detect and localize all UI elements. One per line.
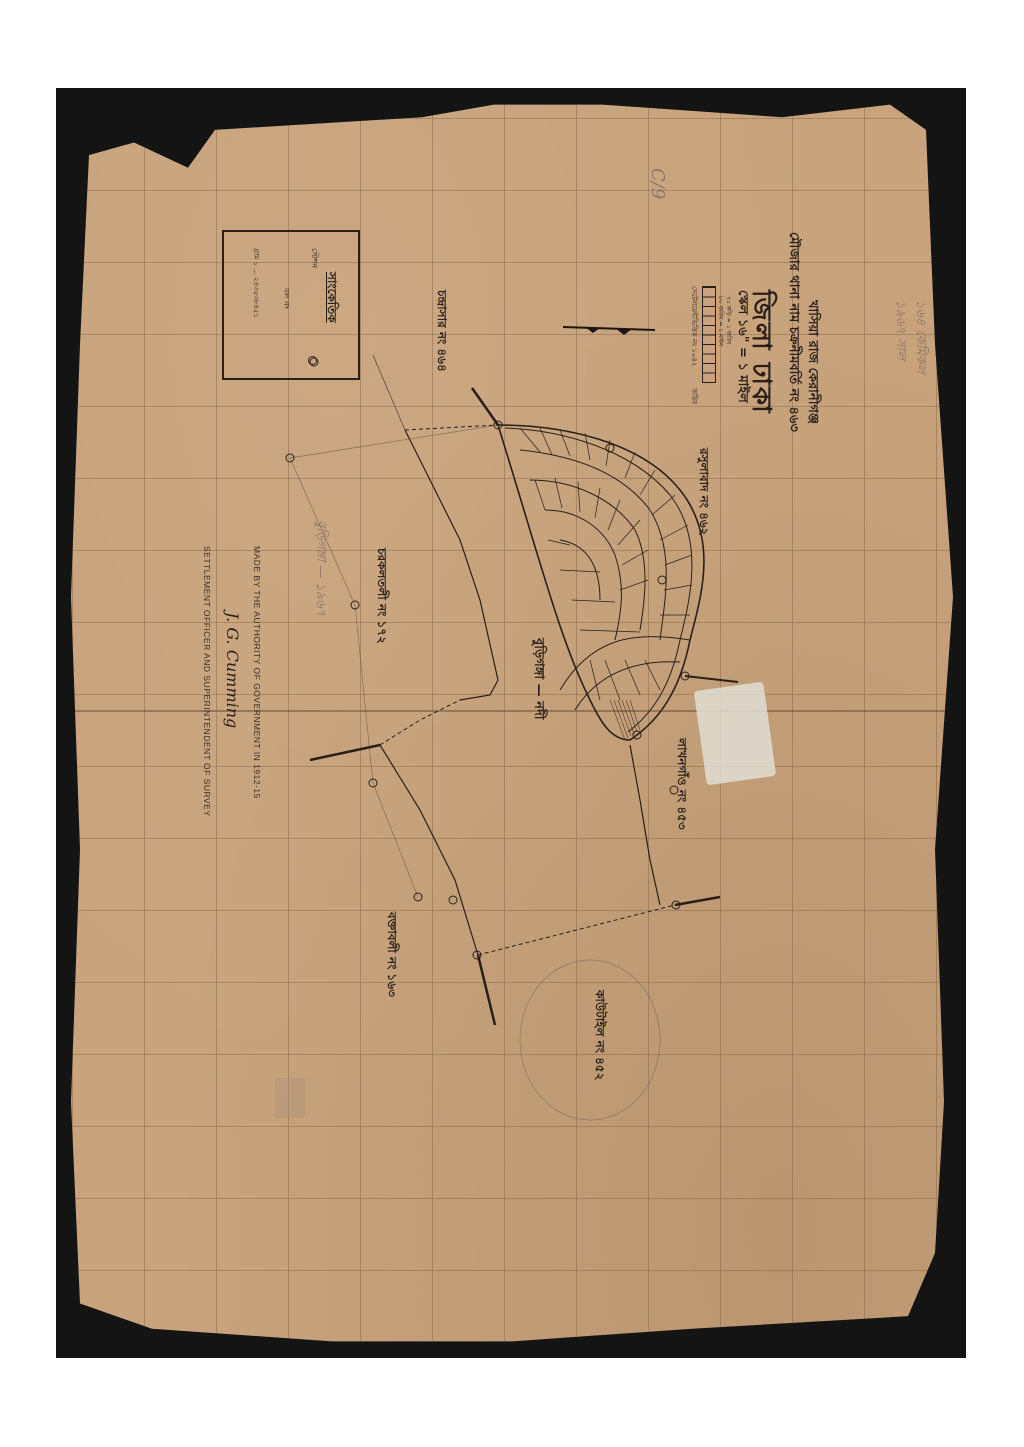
scale-text: স্কেল ১৬" = ১ মাইল xyxy=(731,290,752,403)
pencil-sheet-code: C/9 xyxy=(647,168,668,199)
survey-stations xyxy=(286,358,689,959)
scale-unit: জরিব xyxy=(688,388,700,404)
scale-note: সেটেলমেন্টভিত্তিক নং ১০৪২ xyxy=(688,286,700,366)
legend-title: সাংকেতিক xyxy=(320,272,340,323)
district-line: খাসিয়া রাজ কেরানীগঞ্জ xyxy=(801,300,822,424)
north-arrow-icon xyxy=(563,327,655,335)
officer-signature: J. G. Cumming xyxy=(223,612,242,728)
pencil-note-2: ১৯৬৭ সাল xyxy=(889,300,910,360)
label-buriganga-river: বুড়িগঙ্গা — নদী xyxy=(527,638,548,720)
label-rasulabad: রসুলাবাদ নং ৪৬২ xyxy=(692,448,712,536)
traverse-lines xyxy=(290,425,498,897)
pencil-note-1: ১৬৪ কেমিকল xyxy=(909,300,930,374)
scale-label-bottom: ৮০ জরিব = ১ মাইল xyxy=(715,296,726,347)
label-chandrasar: চন্দ্রাসার নং ৪৬৪ xyxy=(430,290,450,372)
legend-station: স্টেশন xyxy=(307,248,320,268)
legend-village: গ্রাম ১ ... ২৪৩৫৩৮৪৫১ xyxy=(250,248,262,318)
scale-bar xyxy=(702,286,716,383)
station-symbol-icon xyxy=(308,356,317,365)
mauza-line: মৌজার থানা নাম চক্রনীমবর্তি নং ৪৬৩ xyxy=(782,232,803,432)
authority-text: MADE BY THE AUTHORITY OF GOVERNMENT IN 1… xyxy=(252,546,262,799)
officer-title: SETTLEMENT OFFICER AND SUPERINTENDENT OF… xyxy=(202,546,212,817)
label-lakhangaon: লাখনগাঁও নং ৪৫৩ xyxy=(670,738,690,830)
legend-boundary: বল নং xyxy=(279,288,292,309)
label-kautail: কাউটাইল নং ৪৫২ xyxy=(588,990,608,1080)
adhesive-tape-patch xyxy=(694,682,777,786)
pencil-note-3: বুড়িগঙ্গা — ১৯৬৭ xyxy=(309,520,330,616)
label-charkaltali: চরকলতলী নং ১৭২ xyxy=(370,548,390,644)
label-baktaboli: বক্তাবলী নং ১৬৩ xyxy=(380,912,400,997)
faded-stamp xyxy=(275,1078,305,1118)
map-drawing xyxy=(0,0,1024,1447)
